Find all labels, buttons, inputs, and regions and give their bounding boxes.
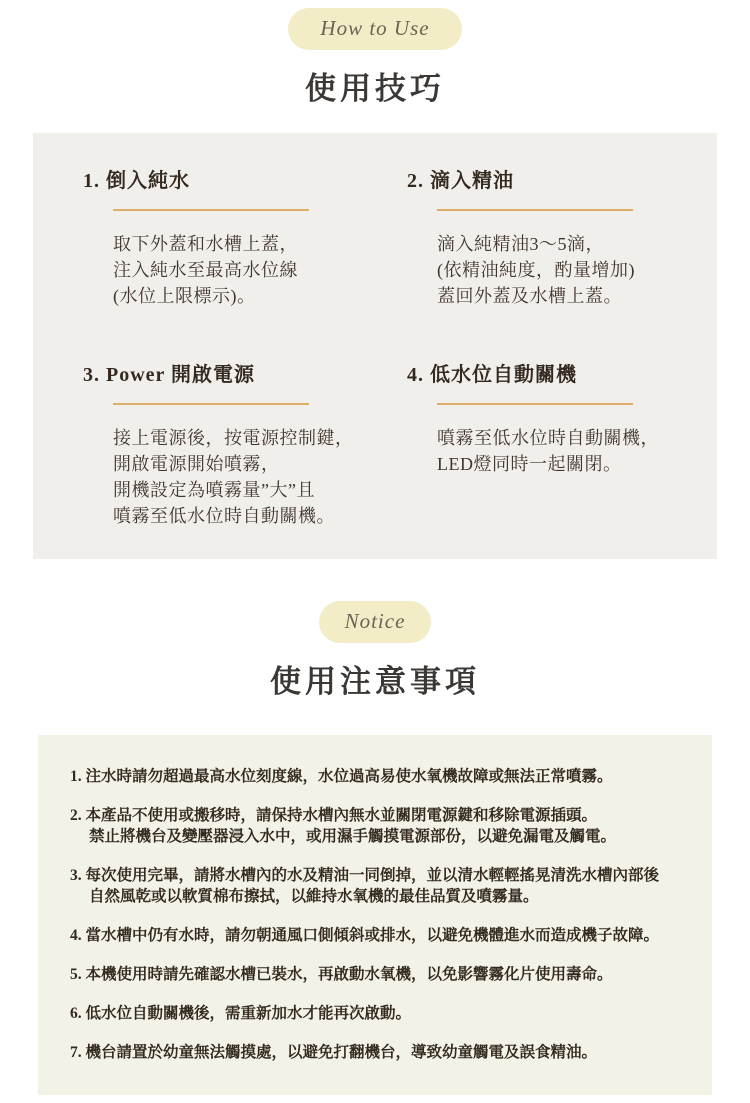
how-to-use-panel: 1. 倒入純水 取下外蓋和水槽上蓋， 注入純水至最高水位線 (水位上限標示)。 … (33, 133, 717, 559)
notice-panel: 1. 注水時請勿超過最高水位刻度線，水位過高易使水氧機故障或無法正常噴霧。 2.… (38, 735, 712, 1095)
notice-item-4: 4. 當水槽中仍有水時，請勿朝通風口側傾斜或排水，以避免機體進水而造成機子故障。 (70, 925, 694, 946)
how-to-use-badge: How to Use (288, 8, 461, 50)
step-2-divider (437, 209, 633, 211)
step-3-body: 接上電源後，按電源控制鍵， 開啟電源開始噴霧， 開機設定為噴霧量”大”且 噴霧至… (113, 425, 375, 529)
step-3-power-on: 3. Power 開啟電源 接上電源後，按電源控制鍵， 開啟電源開始噴霧， 開機… (33, 363, 375, 529)
notice-item-5: 5. 本機使用時請先確認水槽已裝水，再啟動水氧機，以免影響霧化片使用壽命。 (70, 964, 694, 985)
step-4-auto-shutoff: 4. 低水位自動關機 噴霧至低水位時自動關機， LED燈同時一起關閉。 (375, 363, 717, 529)
step-4-divider (437, 403, 633, 405)
step-1-pour-water: 1. 倒入純水 取下外蓋和水槽上蓋， 注入純水至最高水位線 (水位上限標示)。 (33, 169, 375, 309)
how-to-use-title: 使用技巧 (0, 71, 750, 107)
notice-item-3: 3. 每次使用完畢，請將水槽內的水及精油一同倒掉，並以清水輕輕搖晃清洗水槽內部後… (70, 865, 694, 907)
notice-item-6: 6. 低水位自動關機後，需重新加水才能再次啟動。 (70, 1003, 694, 1024)
step-3-divider (113, 403, 309, 405)
how-to-use-grid: 1. 倒入純水 取下外蓋和水槽上蓋， 注入純水至最高水位線 (水位上限標示)。 … (33, 169, 717, 529)
notice-title: 使用注意事項 (0, 664, 750, 700)
step-2-heading: 2. 滴入精油 (407, 169, 717, 193)
step-2-body: 滴入純精油3～5滴， (依精油純度，酌量增加) 蓋回外蓋及水槽上蓋。 (437, 231, 717, 309)
step-1-body: 取下外蓋和水槽上蓋， 注入純水至最高水位線 (水位上限標示)。 (113, 231, 375, 309)
notice-item-2: 2. 本產品不使用或搬移時，請保持水槽內無水並關閉電源鍵和移除電源插頭。 禁止將… (70, 805, 694, 847)
step-2-add-oil: 2. 滴入精油 滴入純精油3～5滴， (依精油純度，酌量增加) 蓋回外蓋及水槽上… (375, 169, 717, 309)
notice-item-1: 1. 注水時請勿超過最高水位刻度線，水位過高易使水氧機故障或無法正常噴霧。 (70, 766, 694, 787)
step-3-heading: 3. Power 開啟電源 (83, 363, 375, 387)
notice-badge: Notice (319, 601, 432, 643)
step-1-heading: 1. 倒入純水 (83, 169, 375, 193)
step-4-body: 噴霧至低水位時自動關機， LED燈同時一起關閉。 (437, 425, 717, 477)
notice-item-7: 7. 機台請置於幼童無法觸摸處，以避免打翻機台，導致幼童觸電及誤食精油。 (70, 1042, 694, 1063)
step-1-divider (113, 209, 309, 211)
step-4-heading: 4. 低水位自動關機 (407, 363, 717, 387)
